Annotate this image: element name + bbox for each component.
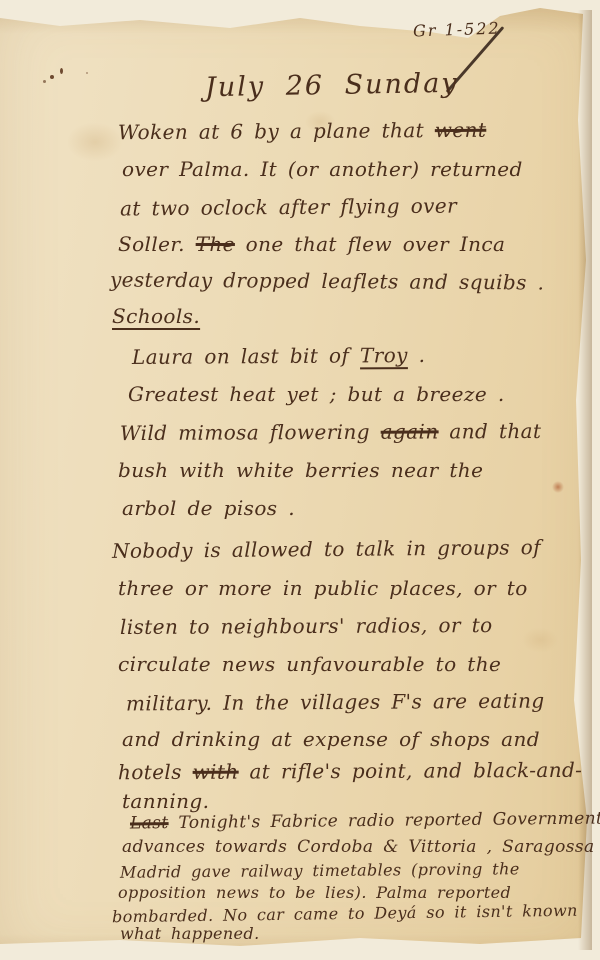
text-segment: bombarded. No car came to Deyá so it isn… [112,901,578,927]
text-segment: what happened. [120,924,260,943]
text-segment: opposition news to be lies). Palma repor… [118,883,511,902]
handwritten-line: what happened. [120,925,260,943]
handwritten-line: opposition news to be lies). Palma repor… [118,884,511,902]
handwritten-line: at two oclock after flying over [120,195,457,220]
handwritten-line: Greatest heat yet ; but a breeze . [128,383,505,405]
struck-word: Last [130,813,169,833]
handwritten-line: Soller. The one that flew over Inca [118,233,505,255]
handwritten-line: and drinking at expense of shops and [122,728,540,750]
handwritten-line: Last Tonight's Fabrice radio reported Go… [130,810,600,834]
text-segment: arbol de pisos . [122,496,295,520]
diary-lines: Woken at 6 by a plane that wentover Palm… [0,0,600,960]
handwritten-line: Laura on last bit of Troy . [132,344,425,368]
struck-word: went [435,118,487,142]
handwritten-line: yesterday dropped leaflets and squibs . [110,268,545,293]
text-segment: Woken at 6 by a plane that [118,118,435,144]
text-segment: one that flew over Inca [235,232,505,256]
text-segment: hotels [118,760,193,784]
underlined-word: Schools. [112,304,200,328]
handwritten-line: three or more in public places, or to [118,577,528,599]
handwritten-line: advances towards Cordoba & Vittoria , Sa… [122,838,600,857]
text-segment: Laura on last bit of [132,343,360,369]
text-segment: Wild mimosa flowering [120,420,381,445]
text-segment: listen to neighbours' radios, or to [120,613,493,639]
text-segment: Soller. [118,232,196,256]
handwritten-line: bush with white berries near the [118,459,483,481]
text-segment: Nobody is allowed to talk in groups of [112,535,541,563]
text-segment: three or more in public places, or to [118,576,528,600]
handwritten-line: Nobody is allowed to talk in groups of [112,536,541,562]
handwritten-line: arbol de pisos . [122,497,295,519]
struck-word: again [381,419,439,443]
text-segment: over Palma. It (or another) returned [122,157,523,181]
handwritten-line: Schools. [112,305,200,327]
text-segment: tanning. [122,789,209,813]
text-segment: yesterday dropped leaflets and squibs . [110,267,545,294]
handwritten-line: listen to neighbours' radios, or to [120,614,493,638]
text-segment: Greatest heat yet ; but a breeze . [128,382,505,406]
handwritten-line: tanning. [122,790,209,812]
text-segment: advances towards Cordoba & Vittoria , Sa… [122,837,600,857]
handwritten-line: Madrid gave railway timetables (proving … [120,860,520,881]
text-segment: and that [439,419,542,444]
text-segment: and drinking at expense of shops and [122,727,540,751]
underlined-word: Troy [360,343,408,367]
handwritten-line: circulate news unfavourable to the [118,653,501,675]
handwritten-line: Wild mimosa flowering again and that [120,420,542,444]
scanned-diary-page: { "document": { "catalog_number": "Gr 1-… [0,0,600,960]
text-segment: at rifle's point, and black-and- [239,758,583,784]
text-segment: . [408,343,426,367]
handwritten-line: military. In the villages F's are eating [126,690,545,715]
text-segment: bush with white berries near the [118,458,483,482]
struck-word: The [196,232,235,256]
text-segment: Tonight's Fabrice radio reported Governm… [168,809,600,834]
handwritten-line: Woken at 6 by a plane that went [118,119,486,144]
handwritten-line: hotels with at rifle's point, and black-… [118,759,582,783]
text-segment: at two oclock after flying over [120,194,457,221]
handwritten-line: over Palma. It (or another) returned [122,158,523,180]
text-segment: military. In the villages F's are eating [126,689,545,716]
text-segment: circulate news unfavourable to the [118,652,501,676]
text-segment: Madrid gave railway timetables (proving … [120,859,520,881]
handwritten-line: bombarded. No car came to Deyá so it isn… [112,902,578,926]
struck-word: with [193,760,239,784]
